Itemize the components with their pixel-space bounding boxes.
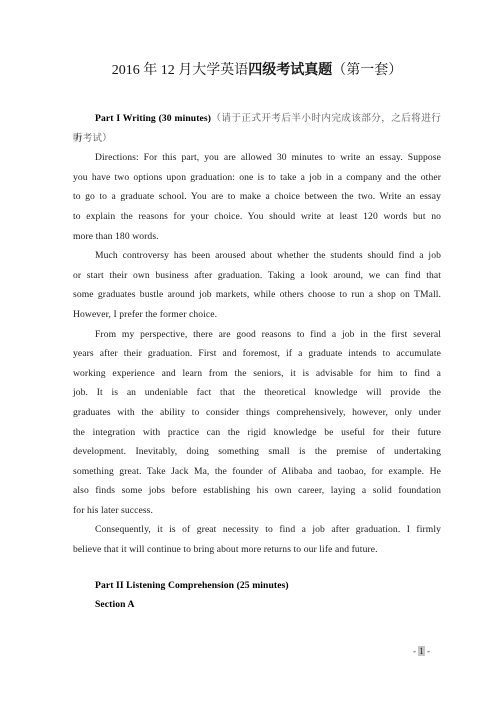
- text-line: to go to a graduate school. You are to m…: [73, 187, 441, 207]
- text-line: some graduates bustle around job markets…: [73, 285, 441, 305]
- page-number: - 1 -: [413, 645, 430, 657]
- essay-paragraph-2: From my perspective, there are good reas…: [73, 325, 441, 521]
- text-line: you have two options upon graduation: on…: [73, 168, 441, 188]
- text-line: to explain the reasons for your choice. …: [73, 207, 441, 227]
- text-segment: Consequently, it is of great necessity t…: [95, 524, 441, 535]
- document-content: 2016 年 12 月大学英语四级考试真题（第一套） Part I Writin…: [73, 0, 441, 615]
- text-line: Consequently, it is of great necessity t…: [73, 520, 441, 540]
- text-line: graduates with the ability to consider t…: [73, 403, 441, 423]
- text-segment: the integration with practice can the ri…: [73, 427, 441, 438]
- text-line: Section A: [73, 595, 441, 615]
- text-segment: Part II Listening Comprehension (25 minu…: [95, 580, 289, 591]
- text-line: Much controversy has been aroused about …: [73, 246, 441, 266]
- document-page: 2016 年 12 月大学英语四级考试真题（第一套） Part I Writin…: [0, 0, 496, 702]
- text-segment: Part I Writing (30 minutes): [95, 113, 211, 124]
- part2-listening-heading: Part II Listening Comprehension (25 minu…: [73, 576, 441, 596]
- text-segment: working experience and learn from the se…: [73, 368, 441, 379]
- text-segment: you have two options upon graduation: on…: [73, 172, 441, 183]
- text-line: However, I prefer the former choice.: [73, 305, 441, 325]
- directions-paragraph: Directions: For this part, you are allow…: [73, 148, 441, 246]
- text-line: something great. Take Jack Ma, the found…: [73, 462, 441, 482]
- text-segment: some graduates bustle around job markets…: [73, 289, 441, 300]
- text-line: Part II Listening Comprehension (25 minu…: [73, 576, 441, 596]
- text-line: Directions: For this part, you are allow…: [73, 148, 441, 168]
- section-a-heading: Section A: [73, 595, 441, 615]
- document-body: Part I Writing (30 minutes)（请于正式开考后半小时内完…: [73, 109, 441, 615]
- text-line: more than 180 words.: [73, 227, 441, 247]
- text-segment: also finds some jobs before establishing…: [73, 485, 441, 496]
- text-segment: believe that it will continue to bring a…: [73, 544, 378, 555]
- essay-paragraph-1: Much controversy has been aroused about …: [73, 246, 441, 324]
- part1-writing-heading: Part I Writing (30 minutes)（请于正式开考后半小时内完…: [73, 109, 441, 148]
- text-segment: to go to a graduate school. You are to m…: [73, 191, 441, 202]
- text-line: the integration with practice can the ri…: [73, 423, 441, 443]
- text-segment: From my perspective, there are good reas…: [95, 329, 441, 340]
- text-segment: graduates with the ability to consider t…: [73, 407, 441, 418]
- text-line: Part I Writing (30 minutes)（请于正式开考后半小时内完…: [73, 109, 441, 129]
- text-segment: or start their own business after gradua…: [73, 270, 441, 281]
- text-line: also finds some jobs before establishing…: [73, 481, 441, 501]
- text-segment: something great. Take Jack Ma, the found…: [73, 466, 441, 477]
- page-title: 2016 年 12 月大学英语四级考试真题（第一套）: [73, 60, 441, 81]
- text-segment: 力考试）: [73, 133, 112, 144]
- text-segment: development. Inevitably, doing something…: [73, 446, 441, 457]
- text-segment: job. It is an undeniable fact that the t…: [73, 387, 441, 398]
- text-line: job. It is an undeniable fact that the t…: [73, 383, 441, 403]
- text-line: years after their graduation. First and …: [73, 344, 441, 364]
- text-line: 力考试）: [73, 129, 441, 149]
- essay-paragraph-3: Consequently, it is of great necessity t…: [73, 520, 441, 559]
- text-segment: years after their graduation. First and …: [73, 348, 441, 359]
- text-line: working experience and learn from the se…: [73, 364, 441, 384]
- text-line: believe that it will continue to bring a…: [73, 540, 441, 560]
- title-emphasis: 四级考试真题: [248, 63, 332, 78]
- text-segment: for his later success.: [73, 505, 153, 516]
- text-segment: However, I prefer the former choice.: [73, 309, 217, 320]
- title-suffix: （第一套）: [332, 63, 402, 78]
- text-segment: Directions: For this part, you are allow…: [95, 152, 441, 163]
- text-segment: Much controversy has been aroused about …: [95, 250, 441, 261]
- text-segment: more than 180 words.: [73, 231, 159, 242]
- text-line: From my perspective, there are good reas…: [73, 325, 441, 345]
- title-prefix: 2016 年 12 月大学英语: [112, 63, 249, 78]
- text-segment: to explain the reasons for your choice. …: [73, 211, 441, 222]
- text-line: or start their own business after gradua…: [73, 266, 441, 286]
- text-line: development. Inevitably, doing something…: [73, 442, 441, 462]
- text-segment: Section A: [95, 599, 135, 610]
- text-line: for his later success.: [73, 501, 441, 521]
- page-number-dash-right: -: [425, 646, 430, 656]
